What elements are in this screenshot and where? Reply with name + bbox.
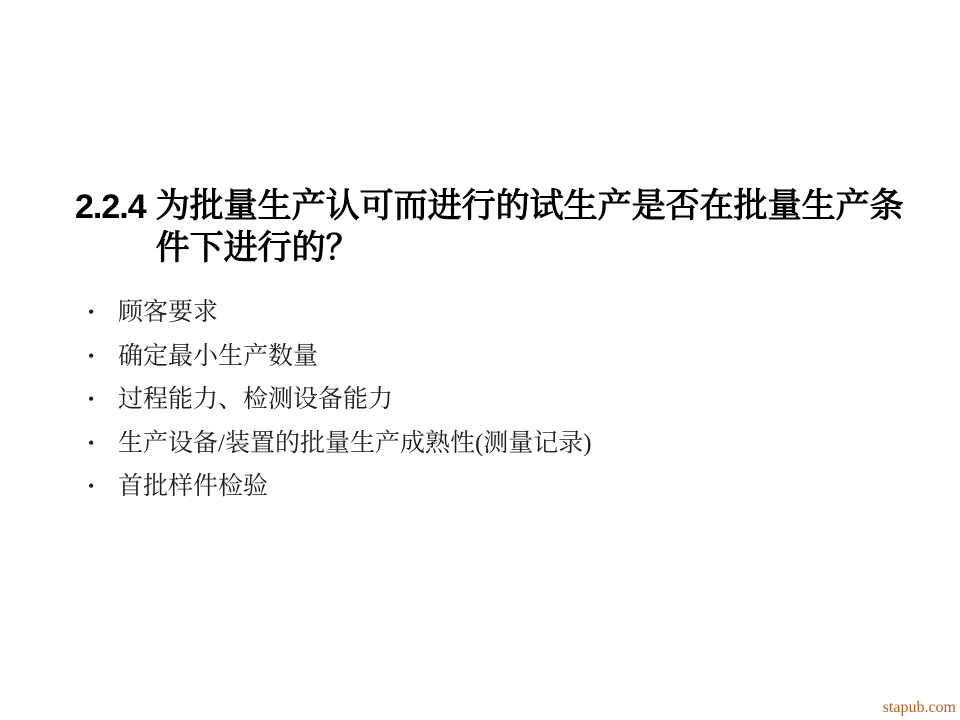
bullet-item: •确定最小生产数量 (88, 335, 592, 379)
bullet-dot-icon: • (88, 465, 118, 509)
bullet-item: •过程能力、检测设备能力 (88, 378, 592, 422)
bullet-list: •顾客要求•确定最小生产数量•过程能力、检测设备能力•生产设备/装置的批量生产成… (88, 291, 592, 509)
bullet-text: 顾客要求 (118, 291, 218, 335)
bullet-item: •首批样件检验 (88, 465, 592, 509)
bullet-text: 确定最小生产数量 (118, 335, 318, 379)
watermark-text: stapub.com (883, 699, 956, 717)
title-number: 2.2.4 (75, 186, 146, 228)
slide-title: 2.2.4 为批量生产认可而进行的试生产是否在批量生产条件下进行的？ (75, 186, 908, 270)
bullet-item: •生产设备/装置的批量生产成熟性(测量记录) (88, 422, 592, 466)
bullet-dot-icon: • (88, 335, 118, 379)
bullet-dot-icon: • (88, 422, 118, 466)
slide-canvas: 2.2.4 为批量生产认可而进行的试生产是否在批量生产条件下进行的？ •顾客要求… (0, 0, 960, 720)
bullet-text: 过程能力、检测设备能力 (118, 378, 393, 422)
bullet-dot-icon: • (88, 378, 118, 422)
bullet-item: •顾客要求 (88, 291, 592, 335)
bullet-text: 生产设备/装置的批量生产成熟性(测量记录) (118, 422, 592, 466)
bullet-text: 首批样件检验 (118, 465, 268, 509)
title-text: 为批量生产认可而进行的试生产是否在批量生产条件下进行的？ (156, 186, 908, 270)
bullet-dot-icon: • (88, 291, 118, 335)
